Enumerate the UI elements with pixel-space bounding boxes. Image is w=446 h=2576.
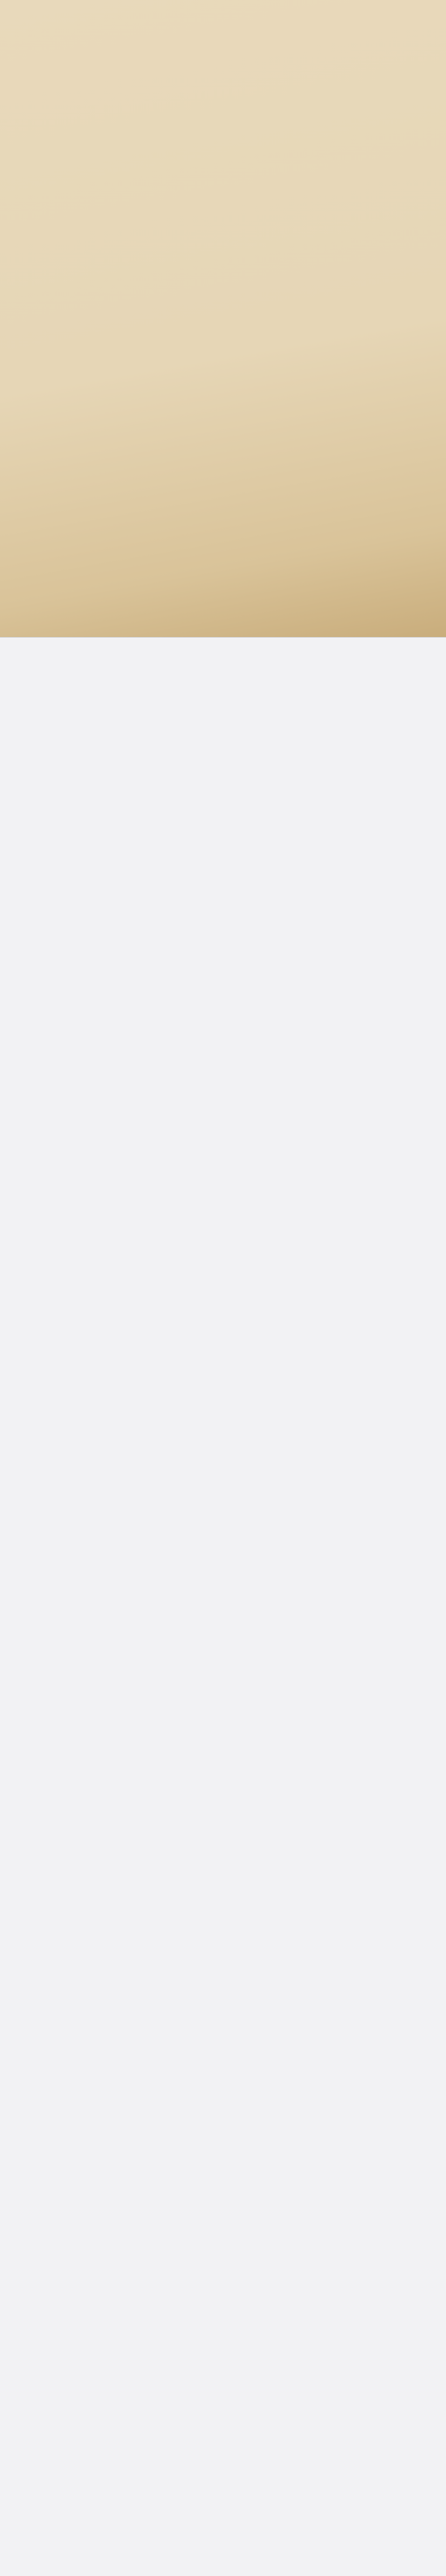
body-text <box>23 63 392 71</box>
page-65 <box>0 0 446 638</box>
